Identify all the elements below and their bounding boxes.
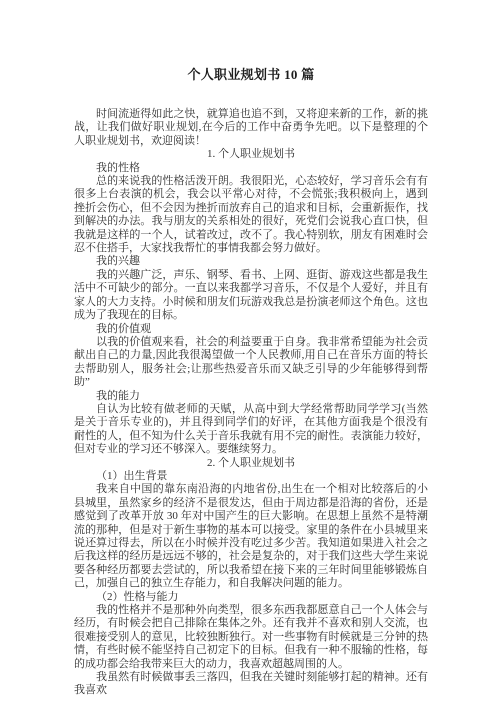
- sub-heading: （1）出生背景: [74, 470, 428, 483]
- paragraph: 我虽然有时候做事丢三落四，但我在关键时刻能够打起的精神。还有我喜欢: [74, 671, 428, 698]
- sub-heading: 我的能力: [74, 390, 428, 403]
- paragraph: 以我的价值观来看，社会的利益要重于自身。我非常希望能为社会贡献出自己的力量,因此…: [74, 336, 428, 390]
- sub-heading: （2）性格与能力: [74, 591, 428, 604]
- sub-heading: 我的价值观: [74, 323, 428, 336]
- paragraph: 时间流逝得如此之快，就算追也追不到，又将迎来新的工作，新的挑战，让我们做好职业规…: [74, 108, 428, 148]
- document-page: 个人职业规划书 10 篇 时间流逝得如此之快，就算追也追不到，又将迎来新的工作，…: [0, 0, 500, 708]
- paragraph: 我的性格并不是那种外向类型，很多东西我都愿意自己一个人体会与经历，有时候会把自己…: [74, 604, 428, 671]
- sub-heading: 我的性格: [74, 162, 428, 175]
- section-title: 1. 个人职业规划书: [74, 148, 428, 161]
- document-title: 个人职业规划书 10 篇: [74, 64, 428, 83]
- paragraph: 自认为比较有做老师的天赋，从高中到大学经常帮助同学学习(当然是关于音乐专业的)，…: [74, 403, 428, 457]
- section-title: 2. 个人职业规划书: [74, 457, 428, 470]
- paragraph: 总的来说我的性格活泼开朗。我很阳光，心态较好，学习音乐会有有很多上台表演的机会，…: [74, 175, 428, 255]
- sub-heading: 我的兴趣: [74, 255, 428, 268]
- paragraph: 我的兴趣广泛，声乐、钢琴、看书、上网、逛街、游戏这些都是我生活中不可缺少的部分。…: [74, 269, 428, 323]
- document-body: 时间流逝得如此之快，就算追也追不到，又将迎来新的工作，新的挑战，让我们做好职业规…: [74, 108, 428, 698]
- paragraph: 我来自中国的靠东南沿海的内地省份,出生在一个相对比较落后的小县城里，虽然家乡的经…: [74, 483, 428, 590]
